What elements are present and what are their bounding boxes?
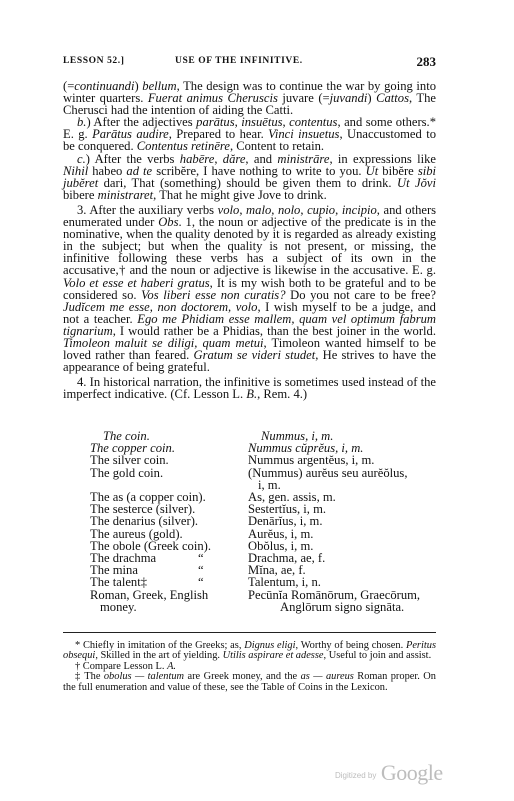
vocab-row: The aureus (gold). Aurĕus, i, m. [90, 528, 450, 540]
footnote-asterisk: * Chiefly in imitation of the Greeks; as… [63, 641, 436, 662]
vocab-latin-continuation: Anglōrum signo signāta. [248, 600, 404, 614]
vocab-english: The gold coin. [90, 467, 248, 491]
vocab-row: The gold coin. (Nummus) aurĕus seu aurĕŏ… [90, 467, 450, 491]
vocab-english: The aureus (gold). [90, 528, 248, 540]
vocabulary-list: The coin. Nummus, i, m. The copper coin.… [90, 430, 450, 613]
vocab-row: The denarius (silver). Denārĭus, i, m. [90, 515, 450, 527]
paragraph-continuation: (=continuandi) bellum, The design was to… [63, 80, 436, 116]
text: , That he might give Jove to drink. [153, 188, 327, 202]
latin-text: Dignus eligi [244, 640, 295, 651]
latin-text: obolus — talentum [104, 671, 184, 682]
vocab-latin: (Nummus) aurĕus seu aurĕŏlus, i, m. [248, 467, 450, 491]
text: * Chiefly in imitation of the Greeks; as… [75, 640, 244, 651]
vocab-latin: Pecūnĭa Romānōrum, Graecōrum, Anglōrum s… [248, 589, 450, 613]
vocab-latin: Aurĕus, i, m. [248, 528, 450, 540]
vocab-row: Roman, Greek, English money. Pecūnĭa Rom… [90, 589, 450, 613]
latin-text: B. [246, 387, 257, 401]
vocab-english: The silver coin. [90, 454, 248, 466]
text: † Compare Lesson L. [75, 661, 167, 672]
watermark-prefix: Digitized by [335, 771, 376, 780]
latin-text: Ut Jŏvi [397, 176, 436, 190]
vocab-english: Roman, Greek, English money. [90, 589, 248, 613]
latin-text: Utilis aspirare et adesse [223, 650, 324, 661]
body-text: (=continuandi) bellum, The design was to… [63, 80, 436, 400]
vocab-english-continuation: money. [90, 600, 137, 614]
footnote-separator [63, 632, 436, 633]
text: bibere [63, 188, 98, 202]
running-head-left: LESSON 52.] [63, 56, 125, 66]
latin-text: Gratum se videri studet [193, 348, 315, 362]
paragraph-4: 4. In historical narration, the infiniti… [63, 376, 436, 400]
latin-text: A. [167, 661, 176, 672]
google-logo: Google [381, 760, 443, 785]
text: are Greek money, and the [184, 671, 301, 682]
paragraph-c: c.) After the verbs habēre, dăre, and mi… [63, 153, 436, 201]
page-number: 283 [417, 54, 437, 70]
latin-text: as — aureus [301, 671, 354, 682]
paragraph-3: 3. After the auxiliary verbs volo, malo,… [63, 204, 436, 373]
running-head-title: USE OF THE INFINITIVE. [175, 56, 303, 66]
book-page: LESSON 52.] USE OF THE INFINITIVE. 283 (… [0, 0, 514, 801]
paragraph-b: b.) After the adjectives parātus, insuēt… [63, 116, 436, 152]
latin-text: ministraret [98, 188, 154, 202]
latin-text: Cattos [376, 91, 409, 105]
text: , Useful to join and assist. [324, 650, 432, 661]
digitized-watermark: Digitized by Google [335, 760, 443, 786]
text: , Skilled in the art of yielding. [95, 650, 222, 661]
text: ‡ The [75, 671, 104, 682]
vocab-latin: Denārĭus, i, m. [248, 515, 450, 527]
vocab-english: The denarius (silver). [90, 515, 248, 527]
footnote-double-dagger: ‡ The obolus — talentum are Greek money,… [63, 672, 436, 693]
text: , Rem. 4.) [257, 387, 307, 401]
text: ) [367, 91, 376, 105]
text: , Worthy of being chosen. [296, 640, 406, 651]
latin-text: juvandi [330, 91, 368, 105]
running-header: LESSON 52.] USE OF THE INFINITIVE. 283 [63, 55, 436, 69]
footnotes: * Chiefly in imitation of the Greeks; as… [63, 641, 436, 693]
